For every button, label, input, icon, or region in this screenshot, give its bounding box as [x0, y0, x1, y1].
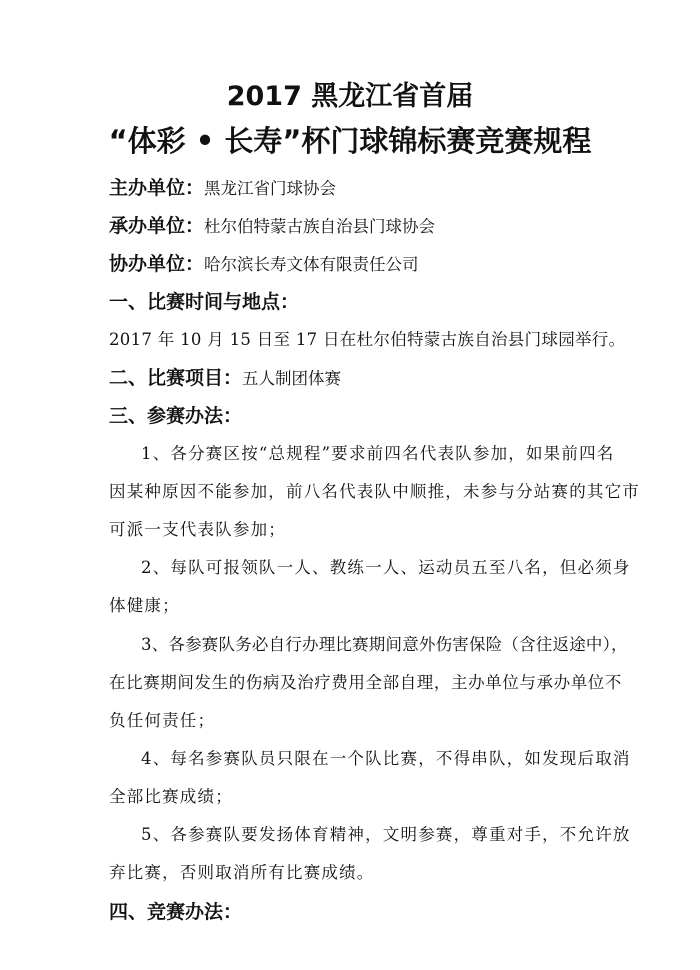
section-body-time-location: 2017 年 10 月 15 日至 17 日在杜尔伯特蒙古族自治县门球园举行。 [109, 328, 625, 352]
section-event-value: 五人制团体赛 [242, 369, 341, 388]
organizer-undertaker: 承办单位：杜尔伯特蒙古族自治县门球协会 [109, 214, 435, 239]
participation-item-5-line-2: 弃比赛，否则取消所有比赛成绩。 [109, 861, 375, 885]
organizer-co-organizer: 协办单位：哈尔滨长寿文体有限责任公司 [109, 252, 419, 277]
participation-item-3-line-2: 在比赛期间发生的伤病及治疗费用全部自理，主办单位与承办单位不 [109, 671, 622, 695]
organizer-host-label: 主办单位： [109, 177, 204, 199]
participation-item-3-line-1: 3、各参赛队务必自行办理比赛期间意外伤害保险（含往返途中）， [141, 633, 628, 657]
document-page: 2017 黑龙江省首届 “体彩 • 长寿”杯门球锦标赛竞赛规程 主办单位：黑龙江… [0, 0, 700, 970]
organizer-undertaker-label: 承办单位： [109, 215, 204, 237]
section-heading-competition-method: 四、竞赛办法： [109, 900, 242, 924]
document-title-line-1: 2017 黑龙江省首届 [0, 80, 700, 114]
participation-item-2-line-2: 体健康； [109, 594, 180, 618]
participation-item-2-line-1: 2、每队可报领队一人、教练一人、运动员五至八名，但必须身 [141, 556, 631, 580]
document-title-line-2: “体彩 • 长寿”杯门球锦标赛竞赛规程 [0, 122, 700, 160]
organizer-host: 主办单位：黑龙江省门球协会 [109, 176, 336, 201]
participation-item-3-line-3: 负任何责任； [109, 709, 215, 733]
section-event: 二、比赛项目：五人制团体赛 [109, 366, 341, 391]
participation-item-4-line-1: 4、每名参赛队员只限在一个队比赛，不得串队，如发现后取消 [141, 747, 631, 771]
section-heading-event: 二、比赛项目： [109, 367, 242, 389]
participation-item-1-line-3: 可派一支代表队参加； [109, 518, 286, 542]
section-heading-time-location: 一、比赛时间与地点： [109, 290, 299, 314]
organizer-co-organizer-label: 协办单位： [109, 253, 204, 275]
organizer-undertaker-value: 杜尔伯特蒙古族自治县门球协会 [204, 217, 435, 236]
organizer-co-organizer-value: 哈尔滨长寿文体有限责任公司 [204, 255, 419, 274]
section-heading-participation: 三、参赛办法： [109, 404, 242, 428]
participation-item-1-line-2: 因某种原因不能参加，前八名代表队中顺推，未参与分站赛的其它市 [109, 480, 640, 504]
participation-item-1-line-1: 1、各分赛区按“总规程”要求前四名代表队参加，如果前四名 [141, 442, 614, 466]
participation-item-5-line-1: 5、各参赛队要发扬体育精神，文明参赛，尊重对手，不允许放 [141, 823, 631, 847]
participation-item-4-line-2: 全部比赛成绩； [109, 785, 233, 809]
organizer-host-value: 黑龙江省门球协会 [204, 179, 336, 198]
